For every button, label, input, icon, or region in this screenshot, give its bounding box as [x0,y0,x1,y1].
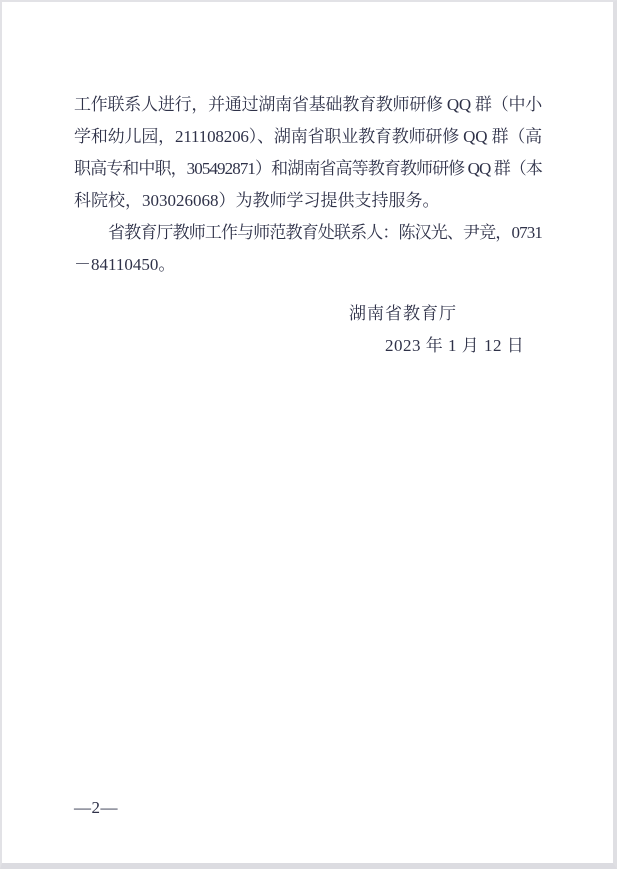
body-line-text: 科院校，303026068）为教师学习提供支持服务。 [74,185,440,217]
page-number-text: —2— [74,798,118,817]
signature-block: 湖南省教育厅 2023 年 1 月 12 日 [74,298,542,362]
body-line-text: 省教育厅教师工作与师范教育处联系人：陈汉光、尹竞，0731 [108,217,542,249]
page-number: —2— [74,797,118,819]
paragraph-contacts: 省教育厅教师工作与师范教育处联系人：陈汉光、尹竞，0731 －84110450。 [74,217,542,281]
body-line-text: 学和幼儿园，211108206）、湖南省职业教育教师研修 QQ 群（高 [74,121,542,153]
signature-date-text: 2023 年 1 月 12 日 [385,330,524,362]
body-line: 科院校，303026068）为教师学习提供支持服务。 [74,185,542,217]
body-line: 学和幼儿园，211108206）、湖南省职业教育教师研修 QQ 群（高 [74,121,542,153]
body-line-text: －84110450。 [74,249,175,281]
signature-issuer: 湖南省教育厅 [74,298,542,330]
body-line: 省教育厅教师工作与师范教育处联系人：陈汉光、尹竞，0731 [74,217,542,249]
body-line-text: 工作联系人进行，并通过湖南省基础教育教师研修 QQ 群（中小 [74,89,542,121]
document-page: 工作联系人进行，并通过湖南省基础教育教师研修 QQ 群（中小 学和幼儿园，211… [0,0,617,869]
signature-date: 2023 年 1 月 12 日 [74,330,542,362]
body-line: 工作联系人进行，并通过湖南省基础教育教师研修 QQ 群（中小 [74,89,542,121]
document-body: 工作联系人进行，并通过湖南省基础教育教师研修 QQ 群（中小 学和幼儿园，211… [74,89,542,362]
signature-issuer-text: 湖南省教育厅 [349,298,457,330]
body-line: 职高专和中职，305492871）和湖南省高等教育教师研修 QQ 群（本 [74,153,542,185]
body-line: －84110450。 [74,249,542,281]
paragraph-qq-groups: 工作联系人进行，并通过湖南省基础教育教师研修 QQ 群（中小 学和幼儿园，211… [74,89,542,217]
body-line-text: 职高专和中职，305492871）和湖南省高等教育教师研修 QQ 群（本 [74,153,542,185]
